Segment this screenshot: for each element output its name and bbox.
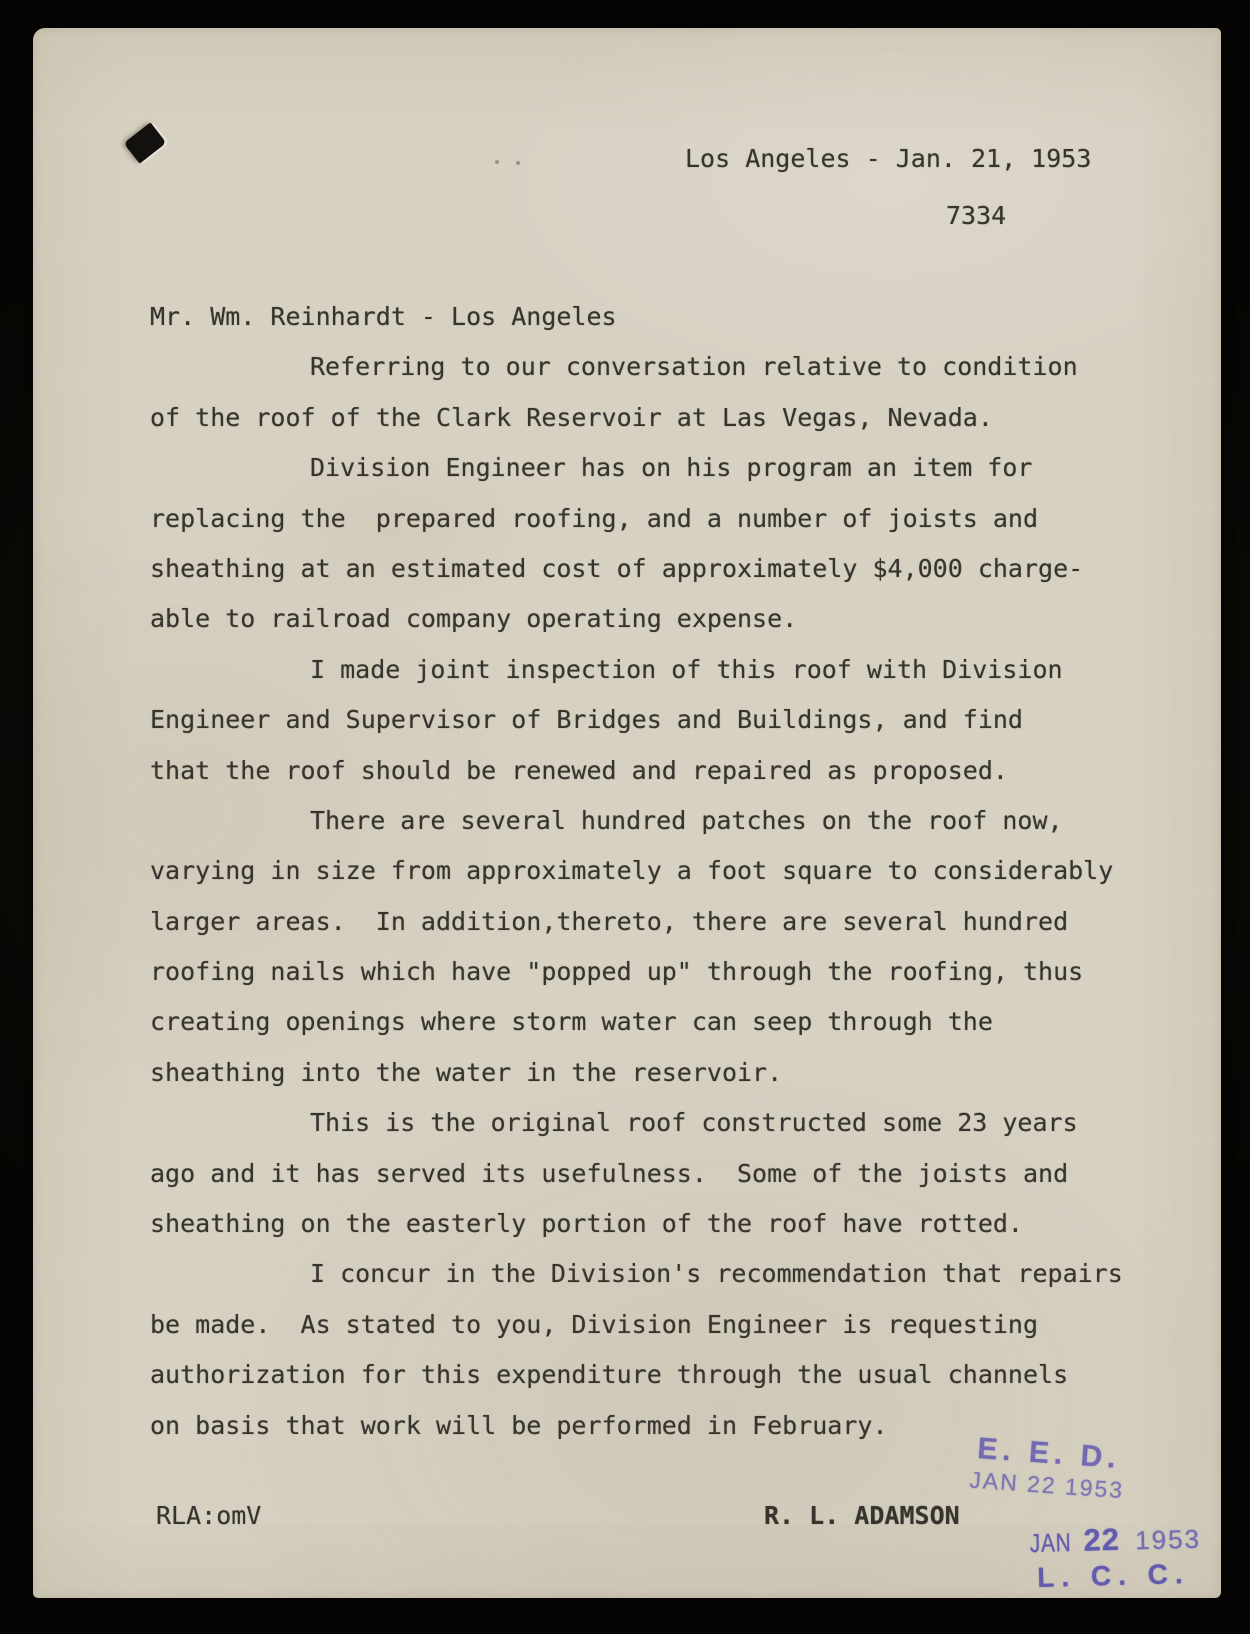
signature-name: R. L. ADAMSON bbox=[764, 1501, 960, 1530]
letter-line: Mr. Wm. Reinhardt - Los Angeles bbox=[150, 292, 1160, 342]
letter-line: that the roof should be renewed and repa… bbox=[150, 746, 1160, 796]
letter-line: sheathing on the easterly portion of the… bbox=[150, 1199, 1160, 1249]
letter-line: replacing the prepared roofing, and a nu… bbox=[150, 494, 1160, 544]
letter-body: Mr. Wm. Reinhardt - Los AngelesReferring… bbox=[150, 292, 1160, 1451]
lcc-stamp-year: 1953 bbox=[1135, 1524, 1202, 1556]
punch-hole bbox=[124, 122, 167, 163]
eed-stamp-date: JAN 22 1953 bbox=[946, 1465, 1147, 1506]
scan-background: Los Angeles - Jan. 21, 1953 7334 Mr. Wm.… bbox=[0, 0, 1250, 1634]
letter-line: sheathing at an estimated cost of approx… bbox=[150, 544, 1160, 594]
letter-line: of the roof of the Clark Reservoir at La… bbox=[150, 393, 1160, 443]
letter-line: authorization for this expenditure throu… bbox=[150, 1350, 1160, 1400]
letter-line: This is the original roof constructed so… bbox=[150, 1098, 1160, 1148]
letter-line: able to railroad company operating expen… bbox=[150, 594, 1160, 644]
letter-line: There are several hundred patches on the… bbox=[150, 796, 1160, 846]
letter-line: Referring to our conversation relative t… bbox=[150, 342, 1160, 392]
letter-line: sheathing into the water in the reservoi… bbox=[150, 1048, 1160, 1098]
typist-initials: RLA:omV bbox=[156, 1501, 261, 1530]
dateline: Los Angeles - Jan. 21, 1953 bbox=[685, 144, 1091, 173]
letter-line: Engineer and Supervisor of Bridges and B… bbox=[150, 695, 1160, 745]
letter-line: Division Engineer has on his program an … bbox=[150, 443, 1160, 493]
lcc-date-stamp: JAN 22 1953 L. C. C. bbox=[1007, 1519, 1219, 1594]
paper-speck bbox=[495, 160, 499, 164]
lcc-stamp-day: 22 bbox=[1083, 1522, 1120, 1558]
letter-paper: Los Angeles - Jan. 21, 1953 7334 Mr. Wm.… bbox=[33, 28, 1221, 1598]
lcc-stamp-org: L. C. C. bbox=[1008, 1557, 1219, 1594]
file-number: 7334 bbox=[946, 201, 1006, 230]
letter-line: roofing nails which have "popped up" thr… bbox=[150, 947, 1160, 997]
paper-speck bbox=[516, 161, 520, 165]
letter-line: varying in size from approximately a foo… bbox=[150, 846, 1160, 896]
letter-line: creating openings where storm water can … bbox=[150, 997, 1160, 1047]
letter-line: be made. As stated to you, Division Engi… bbox=[150, 1300, 1160, 1350]
letter-line: ago and it has served its usefulness. So… bbox=[150, 1149, 1160, 1199]
letter-line: I made joint inspection of this roof wit… bbox=[150, 645, 1160, 695]
letter-line: larger areas. In addition,thereto, there… bbox=[150, 897, 1160, 947]
letter-line: on basis that work will be performed in … bbox=[150, 1401, 1160, 1451]
letter-line: I concur in the Division's recommendatio… bbox=[150, 1249, 1160, 1299]
lcc-stamp-date: JAN 22 1953 bbox=[1007, 1519, 1218, 1560]
lcc-stamp-month: JAN bbox=[1029, 1527, 1071, 1559]
